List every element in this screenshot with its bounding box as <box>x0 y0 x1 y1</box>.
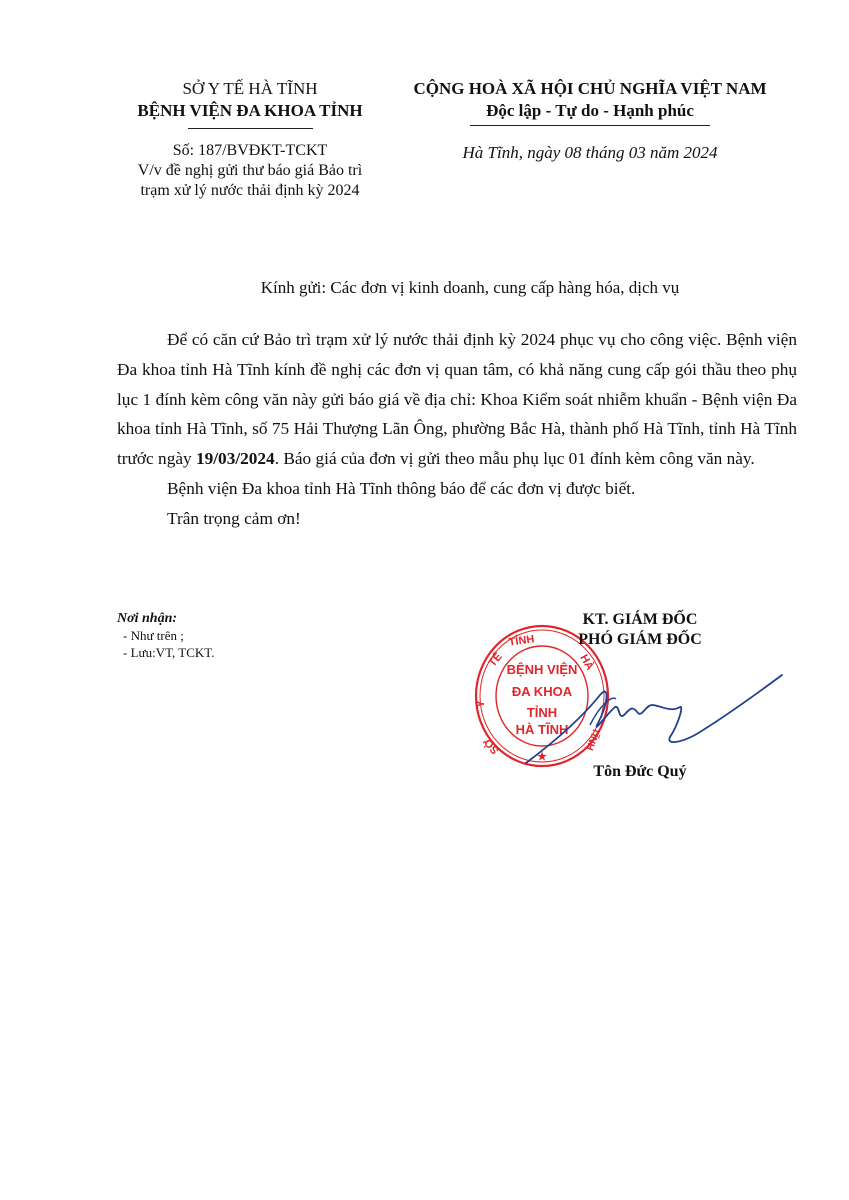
letter-body: Để có căn cứ Bảo trì trạm xử lý nước thả… <box>117 325 797 534</box>
header-left: SỞ Y TẾ HÀ TĨNH BỆNH VIỆN ĐA KHOA TỈNH S… <box>100 78 400 201</box>
divider <box>188 128 313 129</box>
national-motto: Độc lập - Tự do - Hạnh phúc <box>380 100 800 122</box>
paragraph-1-tail: . Báo giá của đơn vị gửi theo mẫu phụ lụ… <box>275 449 755 468</box>
recipients-block: Nơi nhận: - Như trên ; - Lưu:VT, TCKT. <box>117 610 377 661</box>
handwritten-signature <box>520 665 790 775</box>
deadline-date: 19/03/2024 <box>196 449 275 468</box>
signature-title-block: KT. GIÁM ĐỐC PHÓ GIÁM ĐỐC <box>520 610 760 650</box>
recipients-title: Nơi nhận: <box>117 610 377 627</box>
divider <box>470 125 710 126</box>
header-right: CỘNG HOÀ XÃ HỘI CHỦ NGHĨA VIỆT NAM Độc l… <box>380 78 800 164</box>
signature-line-1: KT. GIÁM ĐỐC <box>520 610 760 630</box>
paragraph-3: Trân trọng cảm ơn! <box>117 504 797 534</box>
document-number: Số: 187/BVĐKT-TCKT <box>100 141 400 161</box>
paragraph-1: Để có căn cứ Bảo trì trạm xử lý nước thả… <box>117 325 797 474</box>
department-name: SỞ Y TẾ HÀ TĨNH <box>100 78 400 100</box>
national-title: CỘNG HOÀ XÃ HỘI CHỦ NGHĨA VIỆT NAM <box>380 78 800 100</box>
place-date: Hà Tĩnh, ngày 08 tháng 03 năm 2024 <box>380 142 800 164</box>
svg-text:SỞ: SỞ <box>481 735 502 757</box>
recipient-line: Kính gửi: Các đơn vị kinh doanh, cung cấ… <box>140 277 800 299</box>
recipient-item: - Như trên ; <box>117 627 377 644</box>
recipient-item: - Lưu:VT, TCKT. <box>117 644 377 661</box>
signer-name: Tôn Đức Quý <box>520 762 760 782</box>
document-subject: V/v đề nghị gửi thư báo giá Bảo trì trạm… <box>125 161 375 201</box>
organization-name: BỆNH VIỆN ĐA KHOA TỈNH <box>100 100 400 122</box>
paragraph-1-text: Để có căn cứ Bảo trì trạm xử lý nước thả… <box>117 330 797 468</box>
paragraph-2: Bệnh viện Đa khoa tỉnh Hà Tĩnh thông báo… <box>117 474 797 504</box>
signature-line-2: PHÓ GIÁM ĐỐC <box>520 630 760 650</box>
svg-text:Y: Y <box>475 700 487 708</box>
